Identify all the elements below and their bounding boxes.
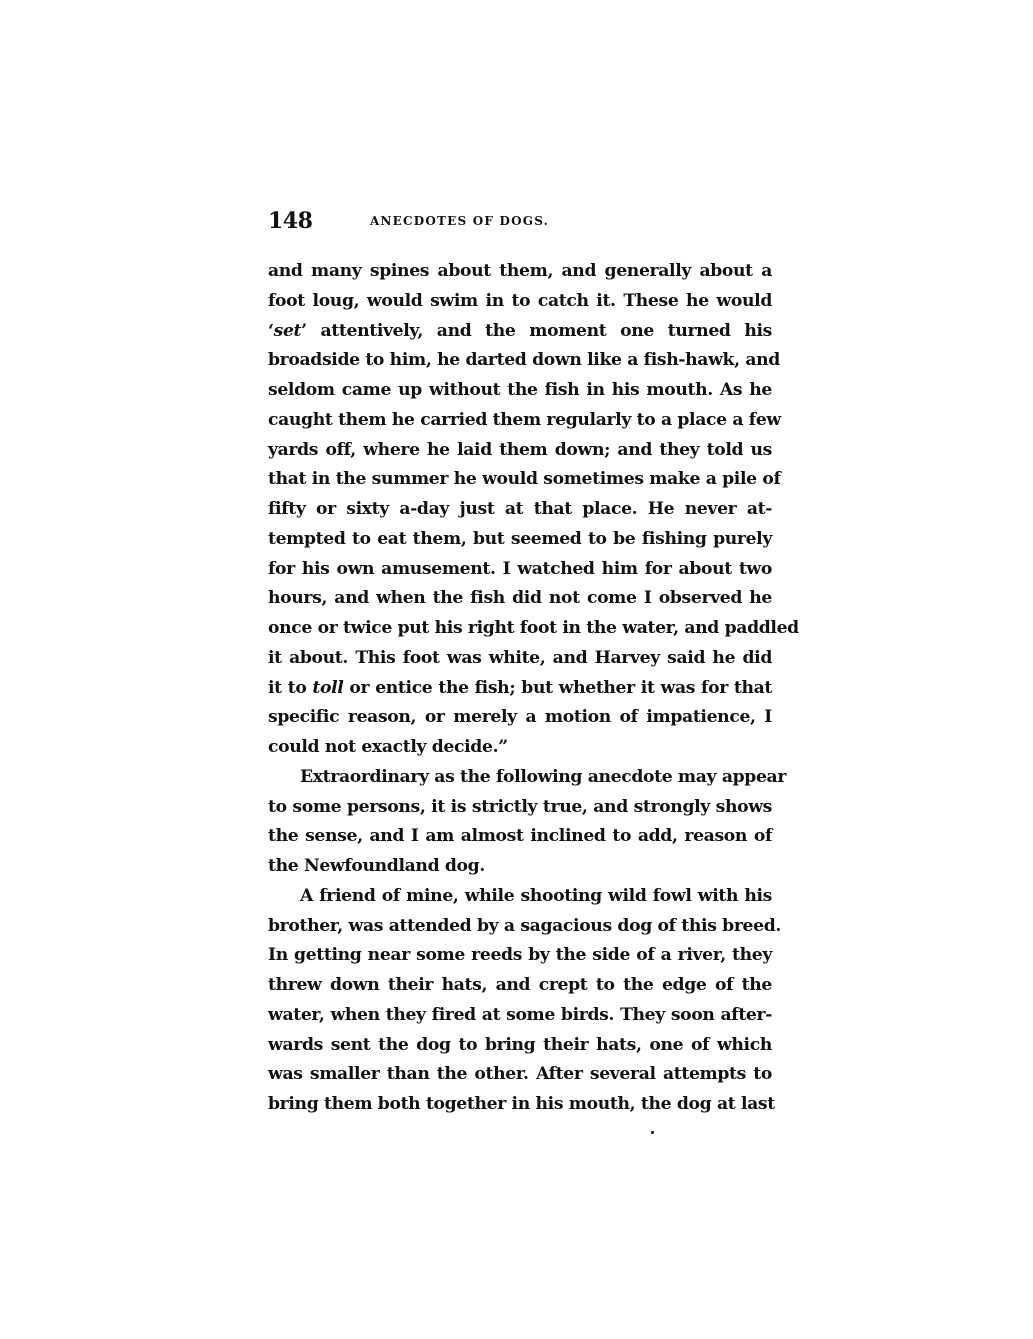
text-line: the Newfoundland dog. <box>268 852 772 882</box>
scan-speck <box>651 1131 654 1134</box>
body-text: and many spines about them, and generall… <box>268 257 772 1120</box>
text-line: water, when they fired at some birds. Th… <box>268 1001 772 1031</box>
text-line: hours, and when the fish did not come I … <box>268 584 772 614</box>
text-line: broadside to him, he darted down like a … <box>268 346 772 376</box>
text-line: tempted to eat them, but seemed to be fi… <box>268 525 772 555</box>
text-line: for his own amusement. I watched him for… <box>268 555 772 585</box>
page-number: 148 <box>268 208 312 234</box>
text-line: seldom came up without the fish in his m… <box>268 376 772 406</box>
text-line: that in the summer he would sometimes ma… <box>268 465 772 495</box>
text-line: bring them both together in his mouth, t… <box>268 1090 772 1120</box>
text-line: to some persons, it is strictly true, an… <box>268 793 772 823</box>
text-line: caught them he carried them regularly to… <box>268 406 772 436</box>
text-line: and many spines about them, and generall… <box>268 257 772 287</box>
paragraph-start-line: A friend of mine, while shooting wild fo… <box>268 882 772 912</box>
page-header: 148 ANECDOTES OF DOGS. <box>268 208 772 236</box>
text-line: specific reason, or merely a motion of i… <box>268 703 772 733</box>
text-line: it about. This foot was white, and Harve… <box>268 644 772 674</box>
italic-word: toll <box>312 678 343 698</box>
text-line: the sense, and I am almost inclined to a… <box>268 822 772 852</box>
text-line: it to toll or entice the fish; but wheth… <box>268 674 772 704</box>
text-line: foot loug, would swim in to catch it. Th… <box>268 287 772 317</box>
italic-word: set <box>274 321 302 341</box>
text-line: could not exactly decide.” <box>268 733 772 763</box>
running-head: ANECDOTES OF DOGS. <box>370 214 549 228</box>
text-line: threw down their hats, and crept to the … <box>268 971 772 1001</box>
text-line: wards sent the dog to bring their hats, … <box>268 1031 772 1061</box>
paragraph-start-line: Extraordinary as the following anecdote … <box>268 763 772 793</box>
text-line: fifty or sixty a-day just at that place.… <box>268 495 772 525</box>
text-line: yards off, where he laid them down; and … <box>268 436 772 466</box>
text-line: In getting near some reeds by the side o… <box>268 941 772 971</box>
text-line: once or twice put his right foot in the … <box>268 614 772 644</box>
book-page: 148 ANECDOTES OF DOGS. and many spines a… <box>0 0 1033 1339</box>
text-line: brother, was attended by a sagacious dog… <box>268 912 772 942</box>
text-line: ‘set’ attentively, and the moment one tu… <box>268 317 772 347</box>
text-line: was smaller than the other. After severa… <box>268 1060 772 1090</box>
